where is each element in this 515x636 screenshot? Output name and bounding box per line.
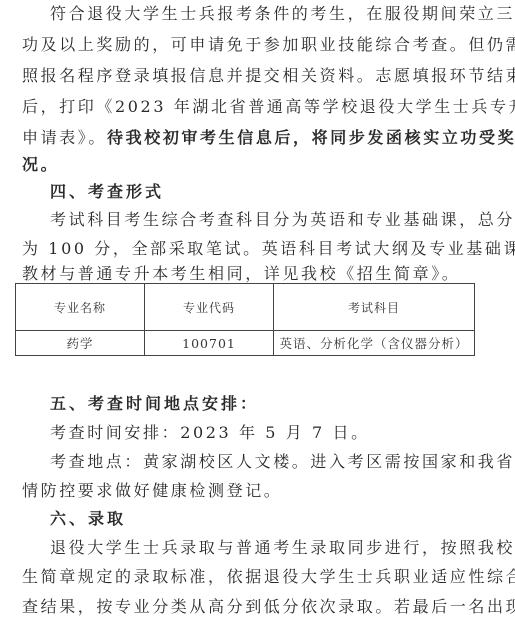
table-header-cell: 专业名称 <box>16 284 145 331</box>
section-heading: 六、录取 <box>50 509 126 529</box>
exam-subject-table: 专业名称 专业代码 考试科目 药学 100701 英语、分析化学（含仪器分析） <box>15 283 475 356</box>
text-line: 况。 <box>22 155 59 175</box>
table-cell: 药学 <box>16 331 145 356</box>
text-line: 教材与普通专升本考生相同，详见我校《招生简章》。 <box>22 264 460 284</box>
table-cell: 100701 <box>145 331 274 356</box>
text-line: 生简章规定的录取标准，依据退役大学生士兵职业适应性综合考 <box>22 567 515 587</box>
text-line: 情防控要求做好健康检测登记。 <box>22 481 282 501</box>
text-line: 功及以上奖励的，可申请免于参加职业技能综合考查。但仍需按 <box>22 35 515 55</box>
section-heading: 四、考查形式 <box>50 182 164 202</box>
text-line: 照报名程序登录填报信息并提交相关资料。志愿填报环节结束 <box>22 66 515 86</box>
text-line: 为 100 分，全部采取笔试。英语科目考试大纲及专业基础课参考 <box>22 239 515 259</box>
text-line: 退役大学生士兵录取与普通考生录取同步进行，按照我校招 <box>50 538 515 558</box>
table-header-row: 专业名称 专业代码 考试科目 <box>16 284 475 331</box>
table-header-cell: 专业代码 <box>145 284 274 331</box>
text-line: 后，打印《2023 年湖北省普通高等学校退役大学生士兵专升本 <box>22 97 515 117</box>
text-line: 符合退役大学生士兵报考条件的考生，在服役期间荣立三等 <box>50 4 515 24</box>
table-header-cell: 考试科目 <box>274 284 475 331</box>
text-line: 考查时间安排：2023 年 5 月 7 日。 <box>50 423 370 443</box>
text-bold: 待我校初审考生信息后，将同步发函核实立功受奖情 <box>107 128 515 147</box>
text-line: 考试科目考生综合考查科目分为英语和专业基础课，总分值 <box>50 210 515 230</box>
section-heading: 五、考查时间地点安排： <box>50 394 259 414</box>
text-line: 考查地点：黄家湖校区人文楼。进入考区需按国家和我省疫 <box>50 452 515 472</box>
table-cell: 英语、分析化学（含仪器分析） <box>274 331 475 356</box>
text-line: 查结果，按专业分类从高分到低分依次录取。若最后一名出现总 <box>22 597 515 617</box>
text-normal: 申请表》。 <box>22 128 107 147</box>
text-line: 申请表》。待我校初审考生信息后，将同步发函核实立功受奖情 <box>22 128 515 148</box>
table-row: 药学 100701 英语、分析化学（含仪器分析） <box>16 331 475 356</box>
